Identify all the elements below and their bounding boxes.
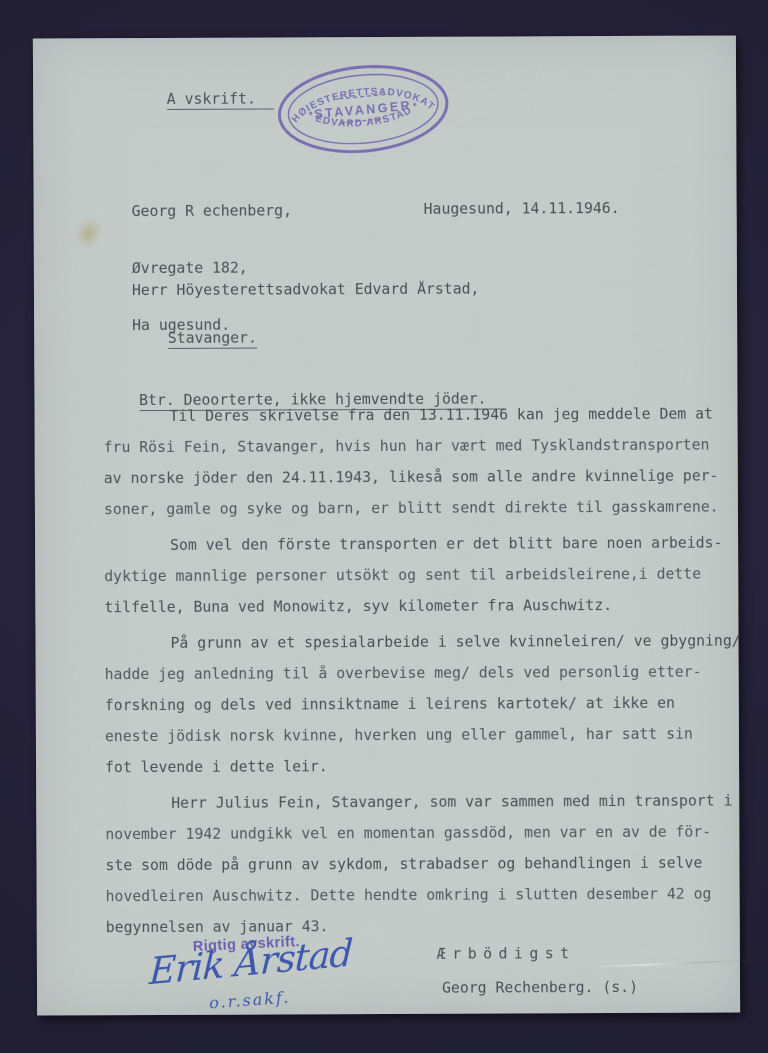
place-date-line: Haugesund, 14.11.1946.: [424, 199, 620, 219]
advocate-oval-stamp: HØIESTERETTSADVOKAT STAVANGER * EDVARD A…: [272, 55, 454, 163]
typed-line: Som vel den förste transporten er det bl…: [104, 527, 740, 561]
typed-line: Herr Julius Fein, Stavanger, som var sam…: [105, 785, 741, 819]
signature-title: o.r.sakf.: [208, 988, 290, 1013]
paragraph: Herr Julius Fein, Stavanger, som var sam…: [105, 785, 742, 943]
paragraph: På grunn av et spesialarbeide i selve kv…: [104, 625, 741, 783]
sender-address-line: Øvregate 182,: [132, 258, 292, 278]
typed-line: Til Deres skrivelse fra den 13.11.1946 k…: [103, 398, 739, 432]
paper: A vskrift. HØIESTERETTSADVOKAT STAVANGER…: [33, 35, 740, 1015]
body-paragraphs: Til Deres skrivelse fra den 13.11.1946 k…: [103, 398, 742, 948]
typed-line: forskning og dels ved innsiktname i leir…: [105, 687, 741, 721]
typed-line: hadde jeg anledning til å overbevise meg…: [105, 656, 741, 690]
crease-mark: [592, 960, 752, 968]
typed-line: fru Rösi Fein, Stavanger, hvis hun har v…: [104, 429, 740, 463]
typed-line: eneste jödisk norsk kvinne, hverken ung …: [105, 718, 741, 752]
sender-address-line: Georg R echenberg,: [132, 201, 292, 221]
typed-line: På grunn av et spesialarbeide i selve kv…: [104, 625, 740, 659]
paragraph: Til Deres skrivelse fra den 13.11.1946 k…: [103, 398, 740, 525]
signed-name: Georg Rechenberg. (s.): [442, 978, 638, 998]
copy-heading-text: A vskrift.: [167, 90, 274, 109]
paragraph: Som vel den förste transporten er det bl…: [104, 527, 741, 623]
typed-line: fot levende i dette leir.: [105, 749, 741, 783]
stain-mark: [70, 212, 108, 254]
copy-heading: A vskrift.: [131, 70, 274, 128]
typed-line: dyktige mannlige personer utsökt og sent…: [104, 558, 740, 592]
typed-line: ste som döde på grunn av sykdom, strabad…: [105, 847, 741, 881]
recipient-city-text: Stavanger.: [168, 330, 257, 349]
typed-line: hovedleiren Auschwitz. Dette hendte omkr…: [106, 878, 742, 912]
typed-line: tilfelle, Buna ved Monowitz, syv kilomet…: [104, 589, 740, 623]
recipient-name-line: Herr Höyesterettsadvokat Edvard Årstad,: [132, 280, 480, 301]
valediction: Ærbödigst: [437, 944, 576, 964]
typed-line: november 1942 undgikk vel en momentan ga…: [105, 816, 741, 850]
scan-background: { "scan": { "background_color": "#25223a…: [0, 0, 768, 1053]
recipient-city-line: Stavanger.: [132, 310, 257, 368]
typed-line: av norske jöder den 24.11.1943, likeså s…: [104, 460, 740, 494]
typed-line: soner, gamle og syke og barn, er blitt s…: [104, 491, 740, 525]
